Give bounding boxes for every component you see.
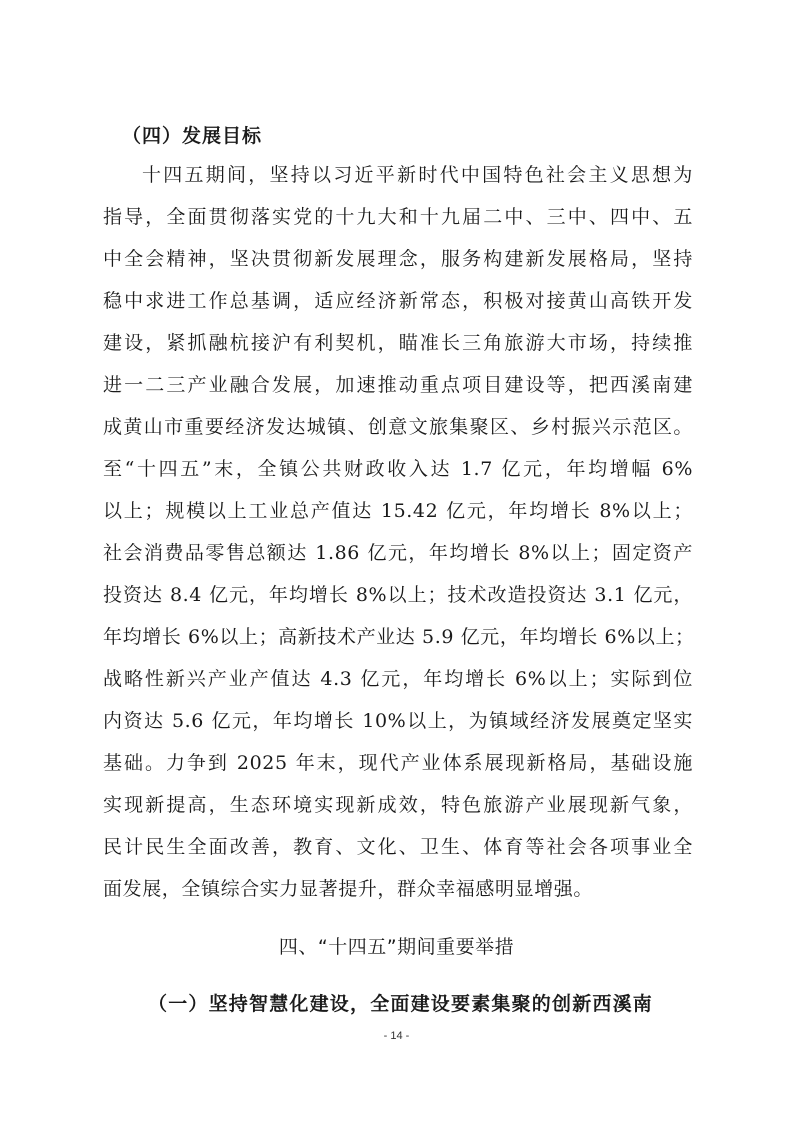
section-heading: （四）发展目标	[122, 121, 262, 148]
paragraph-line: 投资达 8.4 亿元，年均增长 8%以上；技术改造投资达 3.1 亿元，	[103, 584, 693, 606]
paragraph-line: 社会消费品零售总额达 1.86 亿元，年均增长 8%以上；固定资产	[103, 542, 693, 564]
paragraph-line: 建设，紧抓融杭接沪有利契机，瞄准长三角旅游大市场，持续推	[103, 332, 693, 354]
paragraph-line: 年均增长 6%以上；高新技术产业达 5.9 亿元，年均增长 6%以上；	[103, 626, 693, 648]
paragraph-line: 面发展，全镇综合实力显著提升，群众幸福感明显增强。	[103, 878, 693, 900]
paragraph-line: 以上；规模以上工业总产值达 15.42 亿元，年均增长 8%以上；	[103, 500, 693, 522]
paragraph-line: 进一二三产业融合发展，加速推动重点项目建设等，把西溪南建	[103, 374, 693, 396]
paragraph-line: 稳中求进工作总基调，适应经济新常态，积极对接黄山高铁开发	[103, 290, 693, 312]
paragraph-line: 内资达 5.6 亿元，年均增长 10%以上，为镇域经济发展奠定坚实	[103, 710, 693, 732]
subsection-heading: （一）坚持智慧化建设，全面建设要素集聚的创新西溪南	[148, 989, 653, 1016]
paragraph-line: 十四五期间，坚持以习近平新时代中国特色社会主义思想为	[142, 164, 693, 186]
chapter-heading: 四、“十四五”期间重要举措	[0, 932, 793, 959]
document-page: （四）发展目标 十四五期间，坚持以习近平新时代中国特色社会主义思想为 指导，全面…	[0, 0, 793, 1122]
paragraph-line: 指导，全面贯彻落实党的十九大和十九届二中、三中、四中、五	[103, 206, 693, 228]
paragraph-line: 实现新提高，生态环境实现新成效，特色旅游产业展现新气象，	[103, 794, 693, 816]
paragraph-line: 成黄山市重要经济发达城镇、创意文旅集聚区、乡村振兴示范区。	[103, 416, 693, 438]
paragraph-line: 基础。力争到 2025 年末，现代产业体系展现新格局，基础设施	[103, 752, 693, 774]
paragraph-line: 民计民生全面改善，教育、文化、卫生、体育等社会各项事业全	[103, 836, 693, 858]
page-number: - 14 -	[0, 1030, 793, 1042]
paragraph-line: 战略性新兴产业产值达 4.3 亿元，年均增长 6%以上；实际到位	[103, 668, 693, 690]
paragraph-line: 至“十四五”末，全镇公共财政收入达 1.7 亿元，年均增幅 6%	[103, 458, 693, 480]
paragraph-line: 中全会精神，坚决贯彻新发展理念，服务构建新发展格局，坚持	[103, 248, 693, 270]
